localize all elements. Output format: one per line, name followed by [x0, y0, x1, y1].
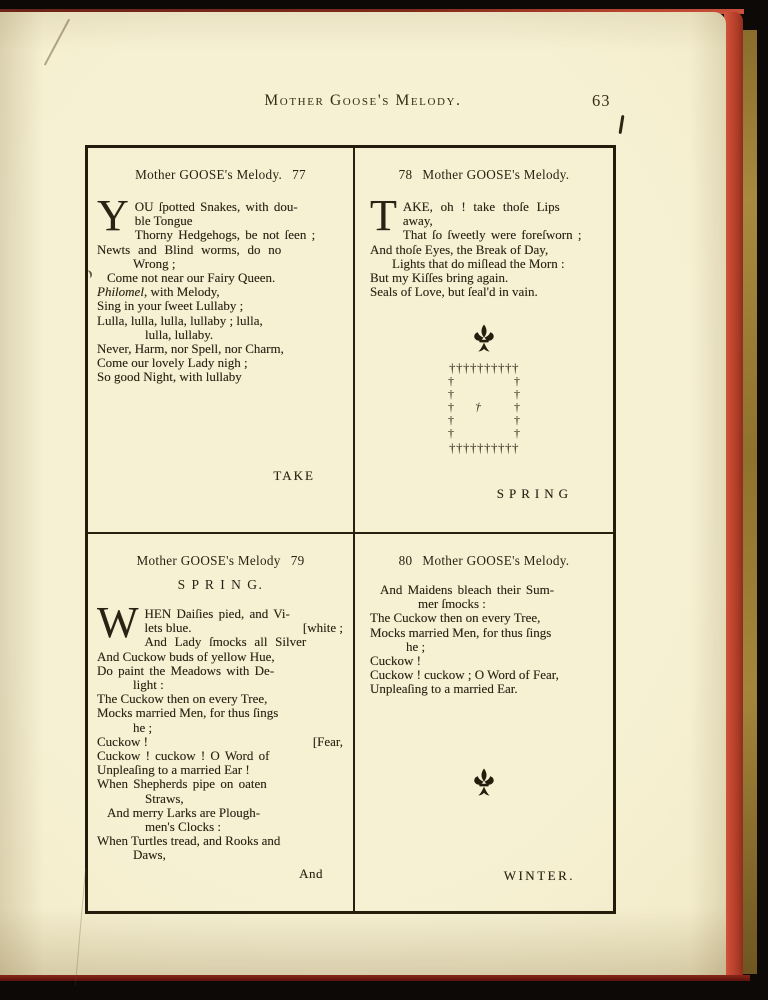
drop-cap: T — [370, 200, 397, 230]
poem-line-right-tail: [Fear, — [313, 735, 343, 749]
poem-line: away, — [392, 214, 605, 228]
poem-line: [Fear,Cuckow ! — [97, 735, 345, 749]
poem-line: Lulla, lulla, lulla, lullaby ; lulla, — [97, 314, 345, 328]
poem-line: he ; — [406, 640, 605, 654]
poem-line: And Lady ſmocks all Silver — [107, 635, 345, 649]
book-page: Mother Goose's Melody. 63 Mother GOOSE's… — [0, 12, 726, 975]
facsimile-page-80: 80Mother GOOSE's Melody. And Maidens ble… — [355, 534, 613, 911]
paper-crease-mark — [75, 868, 86, 986]
poem-line: And thoſe Eyes, the Break of Day, — [370, 243, 605, 257]
poem-line: Sing in your ſweet Lullaby ; — [97, 299, 345, 313]
poem-line: ble Tongue — [107, 214, 345, 228]
ornament-block-78: ††††††††††††††††††††††††††††††† — [355, 324, 613, 455]
poem-line: lulla, lullaby. — [145, 328, 345, 342]
poem-line: Unpleaſing to a married Ear ! — [97, 763, 345, 777]
poem-line: But my Kiſſes bring again. — [370, 271, 605, 285]
poem-line: Cuckow ! cuckow ; O Word of Fear, — [370, 668, 605, 682]
drop-cap: Y — [97, 200, 129, 230]
page-right-red-edge — [724, 12, 743, 975]
printed-frame: Mother GOOSE's Melody.77 YOU ſpotted Sna… — [85, 145, 616, 914]
page-77-folio: 77 — [292, 167, 306, 182]
poem-line: mer ſmocks : — [418, 597, 605, 611]
poem-line: When Turtles tread, and Rooks and — [97, 834, 345, 848]
fleur-de-lis-icon — [471, 768, 497, 799]
poem-line: Newts and Blind worms, do no — [97, 243, 345, 257]
poem-78: TAKE, oh ! take thoſe Lipsaway,That ſo ſ… — [370, 200, 605, 299]
poem-line: Never, Harm, nor Spell, nor Charm, — [97, 342, 345, 356]
poem-line: The Cuckow then on every Tree, — [97, 692, 345, 706]
catchword-and: And — [299, 866, 323, 882]
poem-line-right-tail: [white ; — [303, 621, 343, 635]
catchword-spring: SPRING — [497, 486, 573, 502]
page-78-folio: 78 — [399, 167, 413, 182]
ornament-block-80 — [355, 768, 613, 799]
poem-line: Mocks married Men, for thus ſings — [97, 706, 345, 720]
page-78-header: 78Mother GOOSE's Melody. — [355, 167, 613, 183]
page-79-header: Mother GOOSE's Melody79 — [88, 553, 353, 569]
poem-line: Lights that do miſlead the Morn : — [392, 257, 605, 271]
page-80-folio: 80 — [399, 553, 413, 568]
page-79-folio: 79 — [291, 553, 305, 568]
fleur-de-lis-icon — [471, 324, 497, 355]
poem-line: Thorny Hedgehogs, be not ſeen ; — [107, 228, 345, 242]
drop-cap: W — [97, 607, 139, 637]
poem-line: When Shepherds pipe on oaten — [97, 777, 345, 791]
cross-border-ornament: ††††††††††††††††††††††††††††††† — [441, 360, 527, 455]
page-80-header-text: Mother GOOSE's Melody. — [422, 553, 569, 568]
poem-line: Unpleaſing to a married Ear. — [370, 682, 605, 696]
poem-line: AKE, oh ! take thoſe Lips — [370, 200, 605, 214]
page-77-header: Mother GOOSE's Melody.77 — [88, 167, 353, 183]
poem-77: YOU ſpotted Snakes, with dou-ble TongueT… — [97, 200, 345, 385]
poem-line: Straws, — [145, 792, 345, 806]
cover-gold-edge — [743, 30, 757, 974]
poem-line: The Cuckow then on every Tree, — [370, 611, 605, 625]
poem-line: Cuckow ! cuckow ! O Word of — [97, 749, 345, 763]
poem-line: Do paint the Meadows with De- — [97, 664, 345, 678]
poem-line: That ſo ſweetly were foreſworn ; — [370, 228, 605, 242]
page-80-header: 80Mother GOOSE's Melody. — [355, 553, 613, 569]
poem-80: And Maidens bleach their Sum-mer ſmocks … — [370, 583, 605, 697]
ornament-row: †††††††††† — [441, 360, 527, 375]
italic-word: Philomel — [97, 284, 144, 299]
page-78-header-text: Mother GOOSE's Melody. — [422, 167, 569, 182]
page-79-header-text: Mother GOOSE's Melody — [136, 553, 280, 568]
poem-line: Cuckow ! — [370, 654, 605, 668]
poem-title-spring: S P R I N G. — [88, 577, 353, 593]
poem-line: So good Night, with lullaby — [97, 370, 345, 384]
poem-line: Come not near our Fairy Queen. — [107, 271, 345, 285]
book-photograph: Mother Goose's Melody. 63 Mother GOOSE's… — [0, 0, 768, 1000]
running-head: Mother Goose's Melody. — [0, 92, 726, 110]
poem-line: Philomel, with Melody, — [97, 285, 345, 299]
page-bottom-red-edge — [0, 975, 750, 981]
page-77-header-text: Mother GOOSE's Melody. — [135, 167, 282, 182]
facsimile-page-78: 78Mother GOOSE's Melody. TAKE, oh ! take… — [355, 148, 613, 532]
catchword-winter: WINTER. — [504, 868, 575, 884]
poem-line: Wrong ; — [133, 257, 345, 271]
poem-line: And merry Larks are Plough- — [107, 806, 345, 820]
poem-line: And Cuckow buds of yellow Hue, — [97, 650, 345, 664]
poem-line: Come our lovely Lady nigh ; — [97, 356, 345, 370]
facsimile-page-79: Mother GOOSE's Melody79 S P R I N G. WHE… — [88, 534, 353, 911]
poem-79: WHEN Daiſies pied, and Vi-[white ;lets b… — [97, 607, 345, 863]
poem-line: men's Clocks : — [145, 820, 345, 834]
facsimile-page-77: Mother GOOSE's Melody.77 YOU ſpotted Sna… — [88, 148, 353, 532]
ornament-row: †† — [441, 427, 527, 440]
poem-line: Mocks married Men, for thus ſings — [370, 626, 605, 640]
poem-line: Daws, — [133, 848, 345, 862]
poem-line: he ; — [133, 721, 345, 735]
page-number: 63 — [592, 91, 611, 111]
paper-crease-mark — [44, 19, 70, 66]
ornament-row: †††††††††† — [441, 440, 527, 455]
poem-line: And Maidens bleach their Sum- — [380, 583, 605, 597]
ink-blemish-mark — [619, 115, 625, 134]
catchword-take: TAKE — [273, 468, 315, 484]
poem-line: Seals of Love, but ſeal'd in vain. — [370, 285, 605, 299]
poem-line: [white ;lets blue. — [133, 621, 345, 635]
poem-line: light : — [133, 678, 345, 692]
poem-line: OU ſpotted Snakes, with dou- — [97, 200, 345, 214]
